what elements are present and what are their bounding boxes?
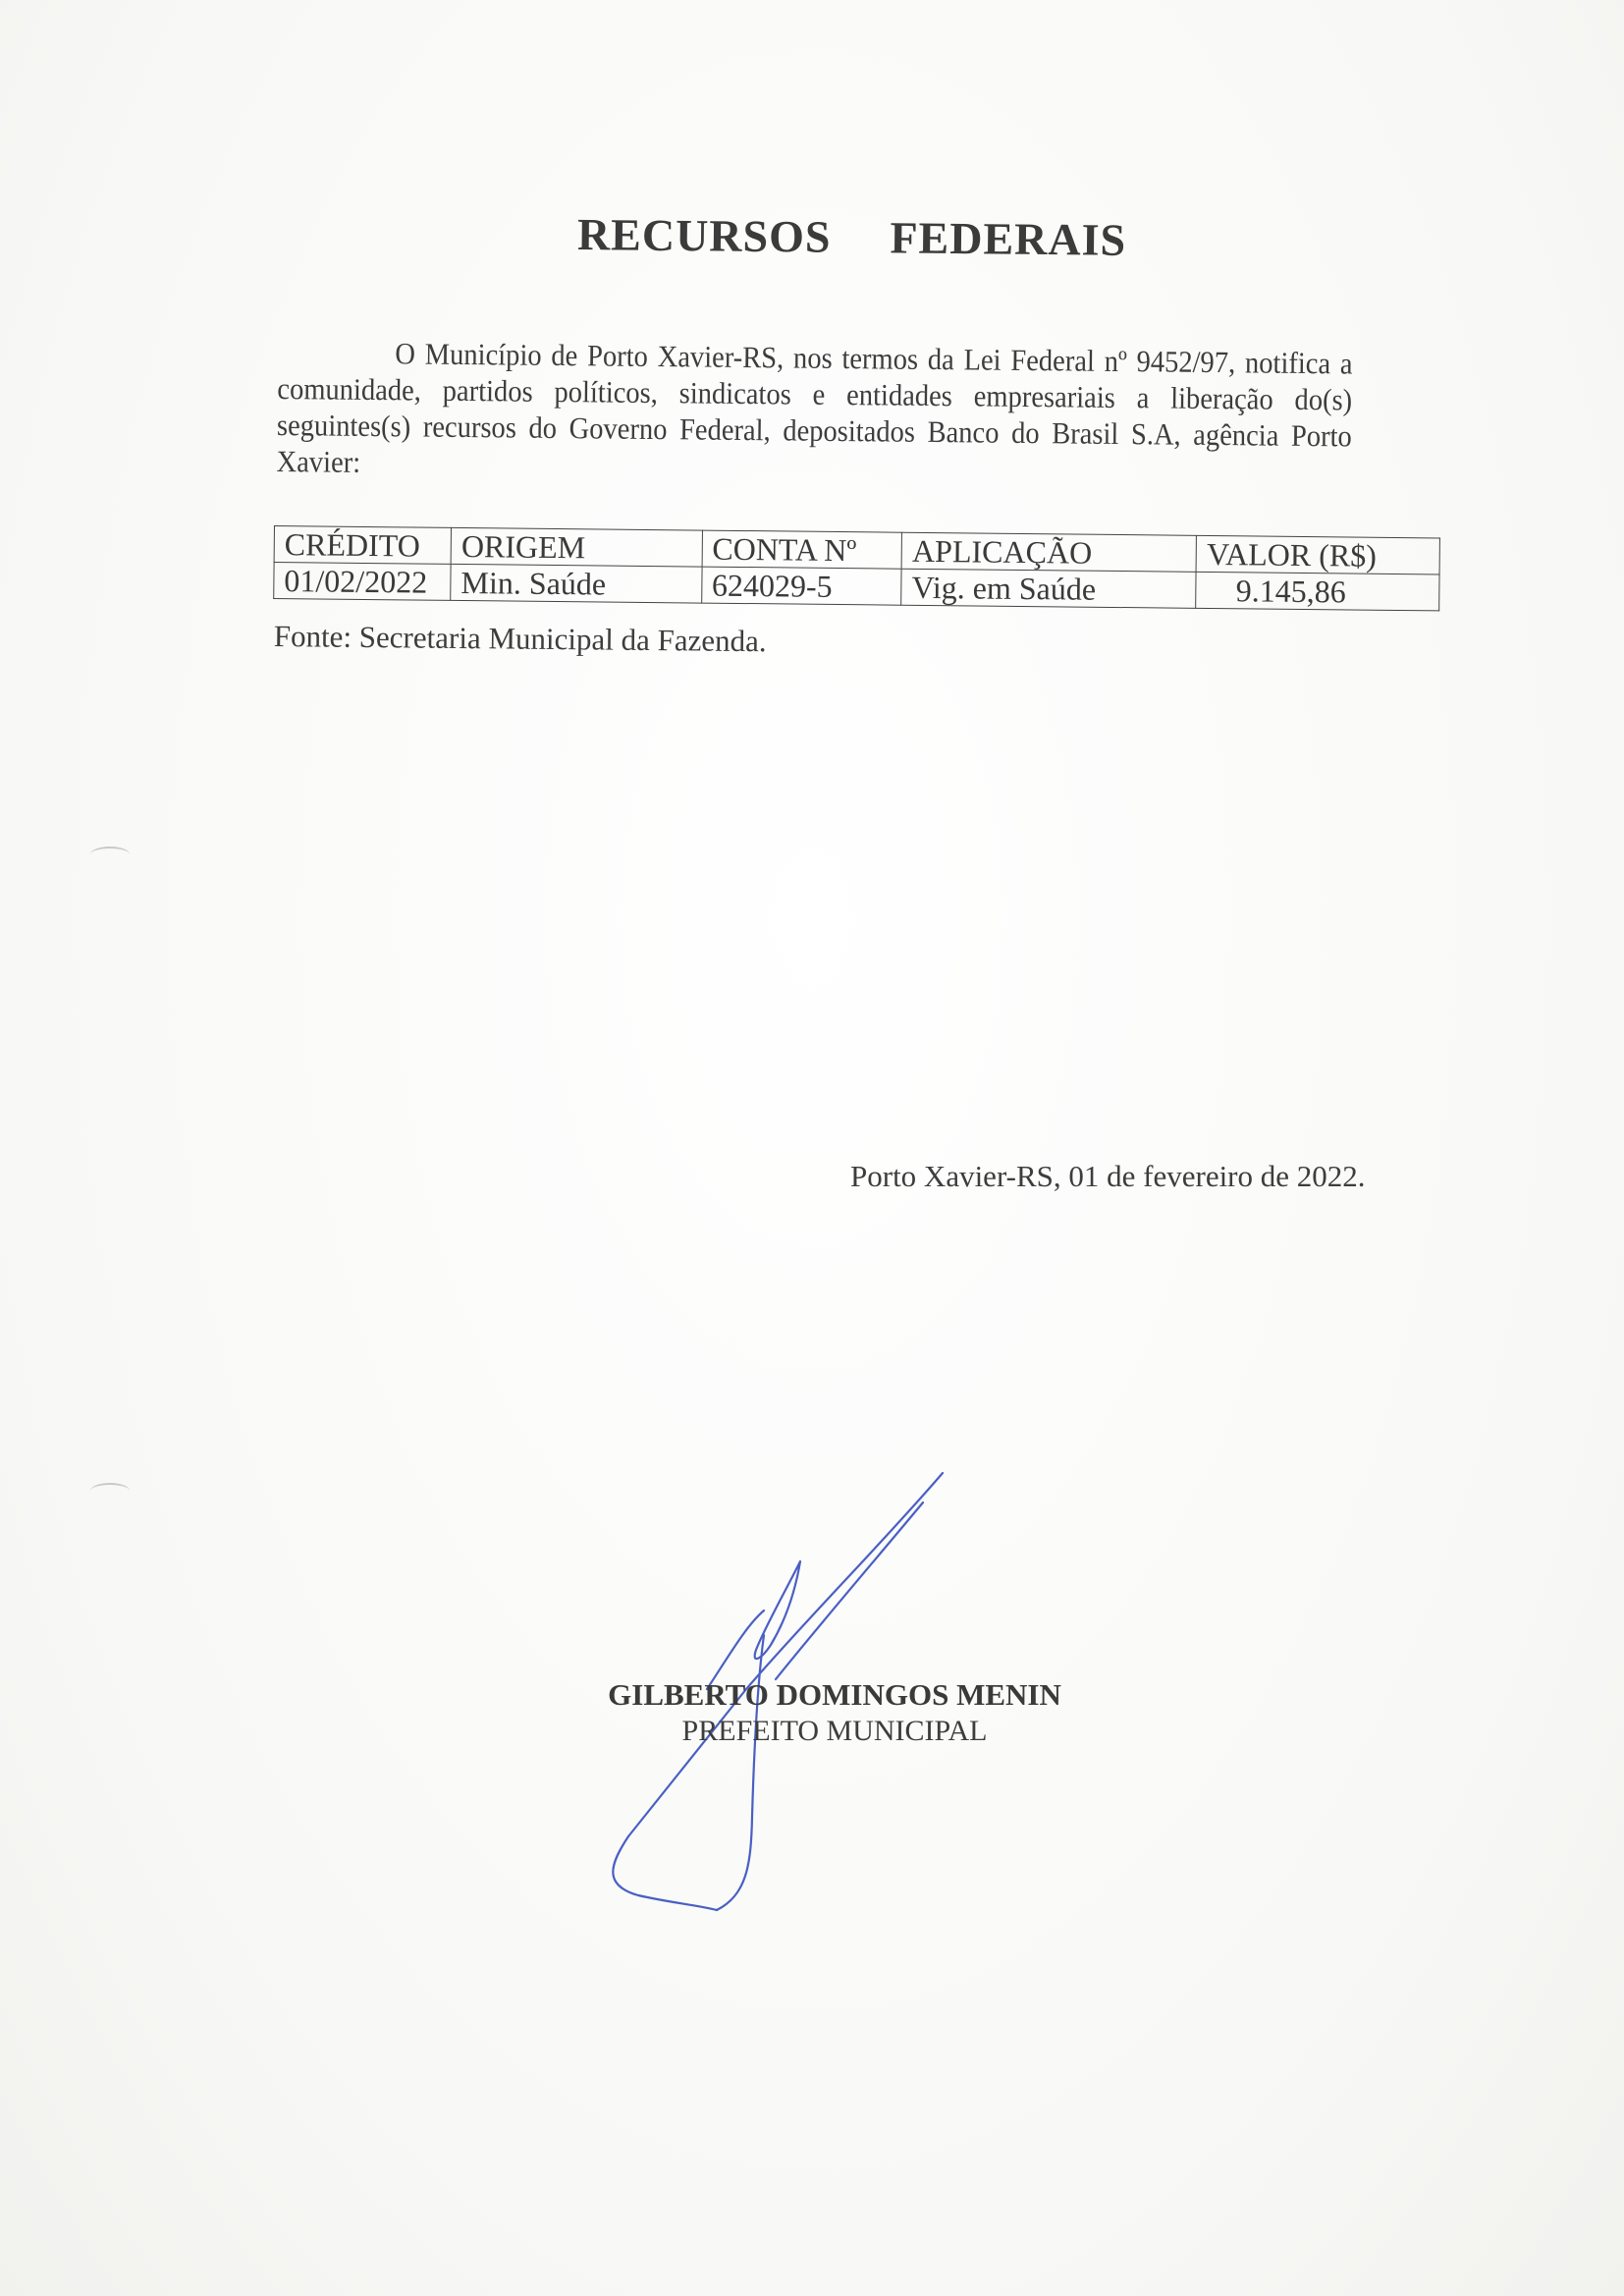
- resources-table: CRÉDITO ORIGEM CONTA Nº APLICAÇÃO VALOR …: [273, 525, 1440, 611]
- header-conta: CONTA Nº: [702, 530, 902, 569]
- paragraph-indent: [278, 362, 396, 363]
- notice-text: O Município de Porto Xavier-RS, nos term…: [276, 336, 1352, 479]
- cell-origem: Min. Saúde: [451, 564, 702, 603]
- notice-paragraph: O Município de Porto Xavier-RS, nos term…: [276, 334, 1352, 490]
- signer-block: GILBERTO DOMINGOS MENIN PREFEITO MUNICIP…: [579, 1677, 1090, 1748]
- title-word-2: FEDERAIS: [890, 212, 1126, 265]
- document-page: RECURSOSFEDERAIS O Município de Porto Xa…: [0, 0, 1624, 2296]
- signer-role: PREFEITO MUNICIPAL: [579, 1715, 1090, 1748]
- cell-credito: 01/02/2022: [274, 563, 452, 601]
- source-note: Fonte: Secretaria Municipal da Fazenda.: [274, 619, 767, 659]
- header-origem: ORIGEM: [451, 527, 702, 567]
- title-word-1: RECURSOS: [577, 209, 832, 262]
- resources-table-container: CRÉDITO ORIGEM CONTA Nº APLICAÇÃO VALOR …: [273, 525, 1440, 611]
- punch-hole-mark: [90, 1483, 130, 1499]
- cell-aplicacao: Vig. em Saúde: [901, 569, 1196, 608]
- place-date: Porto Xavier-RS, 01 de fevereiro de 2022…: [850, 1159, 1366, 1194]
- header-aplicacao: APLICAÇÃO: [901, 532, 1196, 572]
- document-title: RECURSOSFEDERAIS: [577, 208, 1167, 266]
- cell-valor: 9.145,86: [1196, 572, 1439, 611]
- punch-hole-mark: [90, 847, 130, 862]
- cell-conta: 624029-5: [701, 567, 901, 605]
- signer-name: GILBERTO DOMINGOS MENIN: [579, 1677, 1090, 1713]
- header-valor: VALOR (R$): [1196, 535, 1439, 574]
- header-credito: CRÉDITO: [274, 526, 452, 565]
